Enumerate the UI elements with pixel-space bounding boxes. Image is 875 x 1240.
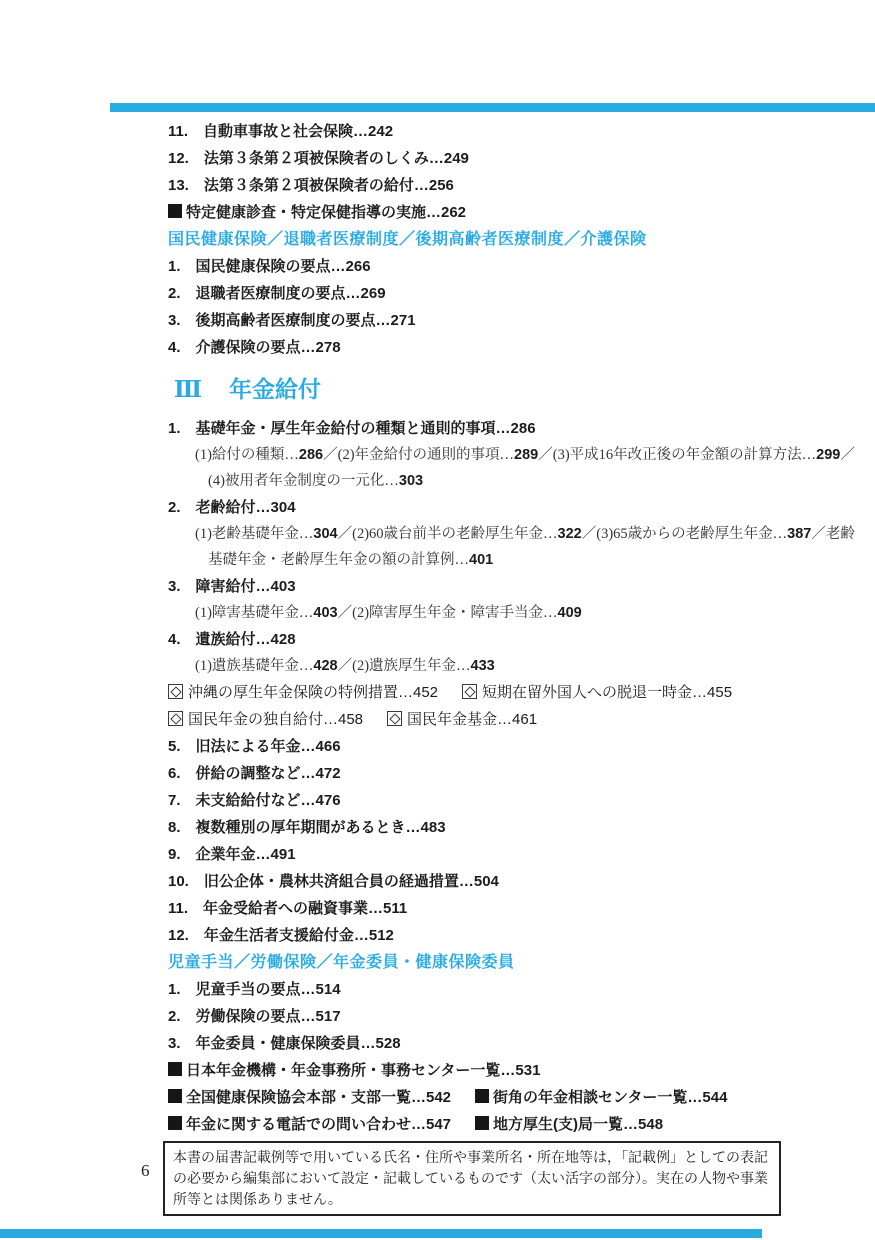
square-bullet-icon [168,204,182,218]
toc-list: 11. 自動車事故と社会保険…24212. 法第３条第２項被保険者のしくみ…24… [168,118,858,1216]
sub-entry-page-number: 322 [558,526,582,542]
sub-entry-page-number: 387 [787,526,811,542]
toc-entry-label: 日本年金機構・年金事務所・事務センター一覧…531 [186,1062,540,1079]
diamond-in-square-icon [168,684,183,699]
toc-entry: 国民年金の独自給付…458 [168,706,363,733]
sub-entry-page-number: 299 [816,447,840,463]
toc-item: 12. 法第３条第２項被保険者のしくみ…249 [168,145,858,172]
chapter-title: 年金給付 [229,377,321,402]
square-bullet-icon [475,1116,489,1130]
toc-bullet-line: 特定健康診査・特定保健指導の実施…262 [168,199,858,226]
toc-section-heading: 国民健康保険／退職者医療制度／後期高齢者医療制度／介護保険 [168,226,858,253]
toc-item: 10. 旧公企体・農林共済組合員の経過措置…504 [168,868,858,895]
toc-bullet-line: 年金に関する電話での問い合わせ…547地方厚生(支)局一覧…548 [168,1111,858,1138]
toc-bullet-line: 全国健康保険協会本部・支部一覧…542街角の年金相談センター一覧…544 [168,1084,858,1111]
toc-item: 1. 国民健康保険の要点…266 [168,253,858,280]
toc-entry-label: 短期在留外国人への脱退一時金…455 [482,684,732,701]
toc-entry-label: 国民年金の独自給付…458 [188,711,363,728]
toc-entry-label: 地方厚生(支)局一覧…548 [493,1116,663,1133]
toc-entry: 日本年金機構・年金事務所・事務センター一覧…531 [168,1057,540,1084]
toc-entry: 特定健康診査・特定保健指導の実施…262 [168,199,466,226]
toc-entry: 地方厚生(支)局一覧…548 [475,1111,663,1138]
toc-entry: 国民年金基金…461 [387,706,537,733]
diamond-in-square-icon [168,711,183,726]
toc-item: 1. 児童手当の要点…514 [168,976,858,1003]
toc-entry: 年金に関する電話での問い合わせ…547 [168,1111,451,1138]
toc-item: 2. 労働保険の要点…517 [168,1003,858,1030]
toc-item: 4. 介護保険の要点…278 [168,334,858,361]
toc-item: 3. 後期高齢者医療制度の要点…271 [168,307,858,334]
toc-bullet-line: 沖縄の厚生年金保険の特例措置…452短期在留外国人への脱退一時金…455 [168,679,858,706]
toc-entry-label: 街角の年金相談センター一覧…544 [493,1089,727,1106]
toc-bullet-line: 日本年金機構・年金事務所・事務センター一覧…531 [168,1057,858,1084]
diamond-inner-shape [170,686,181,697]
toc-entry: 街角の年金相談センター一覧…544 [475,1084,727,1111]
toc-entry: 沖縄の厚生年金保険の特例措置…452 [168,679,438,706]
toc-bullet-line: 国民年金の独自給付…458国民年金基金…461 [168,706,858,733]
toc-subitem: (1)老齢基礎年金…304／(2)60歳台前半の老齢厚生年金…322／(3)65… [168,521,858,573]
diamond-inner-shape [464,686,475,697]
toc-subitem: (1)障害基礎年金…403／(2)障害厚生年金・障害手当金…409 [168,600,858,626]
toc-section-heading: 児童手当／労働保険／年金委員・健康保険委員 [168,949,858,976]
diamond-inner-shape [170,713,181,724]
toc-item: 3. 年金委員・健康保険委員…528 [168,1030,858,1057]
toc-item: 13. 法第３条第２項被保険者の給付…256 [168,172,858,199]
footer-note: 本書の届書記載例等で用いている氏名・住所や事業所名・所在地等は，「記載例」として… [163,1141,781,1216]
sub-entry-page-number: 304 [313,526,337,542]
toc-entry-label: 特定健康診査・特定保健指導の実施…262 [186,204,466,221]
sub-entry-page-number: 286 [299,447,323,463]
square-bullet-icon [168,1062,182,1076]
toc-item: 7. 未支給給付など…476 [168,787,858,814]
page-number: 6 [141,1161,150,1181]
sub-entry-page-number: 409 [558,605,582,621]
toc-item: 5. 旧法による年金…466 [168,733,858,760]
chapter-number: Ⅲ [174,374,202,406]
toc-item: 1. 基礎年金・厚生年金給付の種類と通則的事項…286 [168,415,858,442]
sub-entry-page-number: 433 [471,658,495,674]
toc-item: 3. 障害給付…403 [168,573,858,600]
sub-entry-page-number: 428 [313,658,337,674]
toc-entry-label: 沖縄の厚生年金保険の特例措置…452 [188,684,438,701]
toc-entry: 短期在留外国人への脱退一時金…455 [462,679,732,706]
sub-entry-page-number: 289 [514,447,538,463]
toc-subitem: (1)給付の種類…286／(2)年金給付の通則的事項…289／(3)平成16年改… [168,442,858,494]
bottom-accent-rule [0,1229,762,1238]
toc-item: 8. 複数種別の厚年期間があるとき…483 [168,814,858,841]
toc-entry-label: 国民年金基金…461 [407,711,537,728]
toc-item: 12. 年金生活者支援給付金…512 [168,922,858,949]
sub-entry-page-number: 303 [399,473,423,489]
diamond-in-square-icon [462,684,477,699]
toc-item: 6. 併給の調整など…472 [168,760,858,787]
diamond-inner-shape [389,713,400,724]
toc-entry: 全国健康保険協会本部・支部一覧…542 [168,1084,451,1111]
toc-item: 2. 老齢給付…304 [168,494,858,521]
sub-entry-page-number: 403 [313,605,337,621]
square-bullet-icon [168,1116,182,1130]
chapter-heading: Ⅲ年金給付 [174,374,858,406]
toc-item: 2. 退職者医療制度の要点…269 [168,280,858,307]
toc-entry-label: 年金に関する電話での問い合わせ…547 [186,1116,451,1133]
square-bullet-icon [475,1089,489,1103]
top-accent-rule [110,103,875,112]
toc-item: 11. 自動車事故と社会保険…242 [168,118,858,145]
toc-entry-label: 全国健康保険協会本部・支部一覧…542 [186,1089,451,1106]
square-bullet-icon [168,1089,182,1103]
toc-item: 9. 企業年金…491 [168,841,858,868]
sub-entry-page-number: 401 [469,552,493,568]
toc-item: 11. 年金受給者への融資事業…511 [168,895,858,922]
toc-item: 4. 遺族給付…428 [168,626,858,653]
diamond-in-square-icon [387,711,402,726]
toc-subitem: (1)遺族基礎年金…428／(2)遺族厚生年金…433 [168,653,858,679]
